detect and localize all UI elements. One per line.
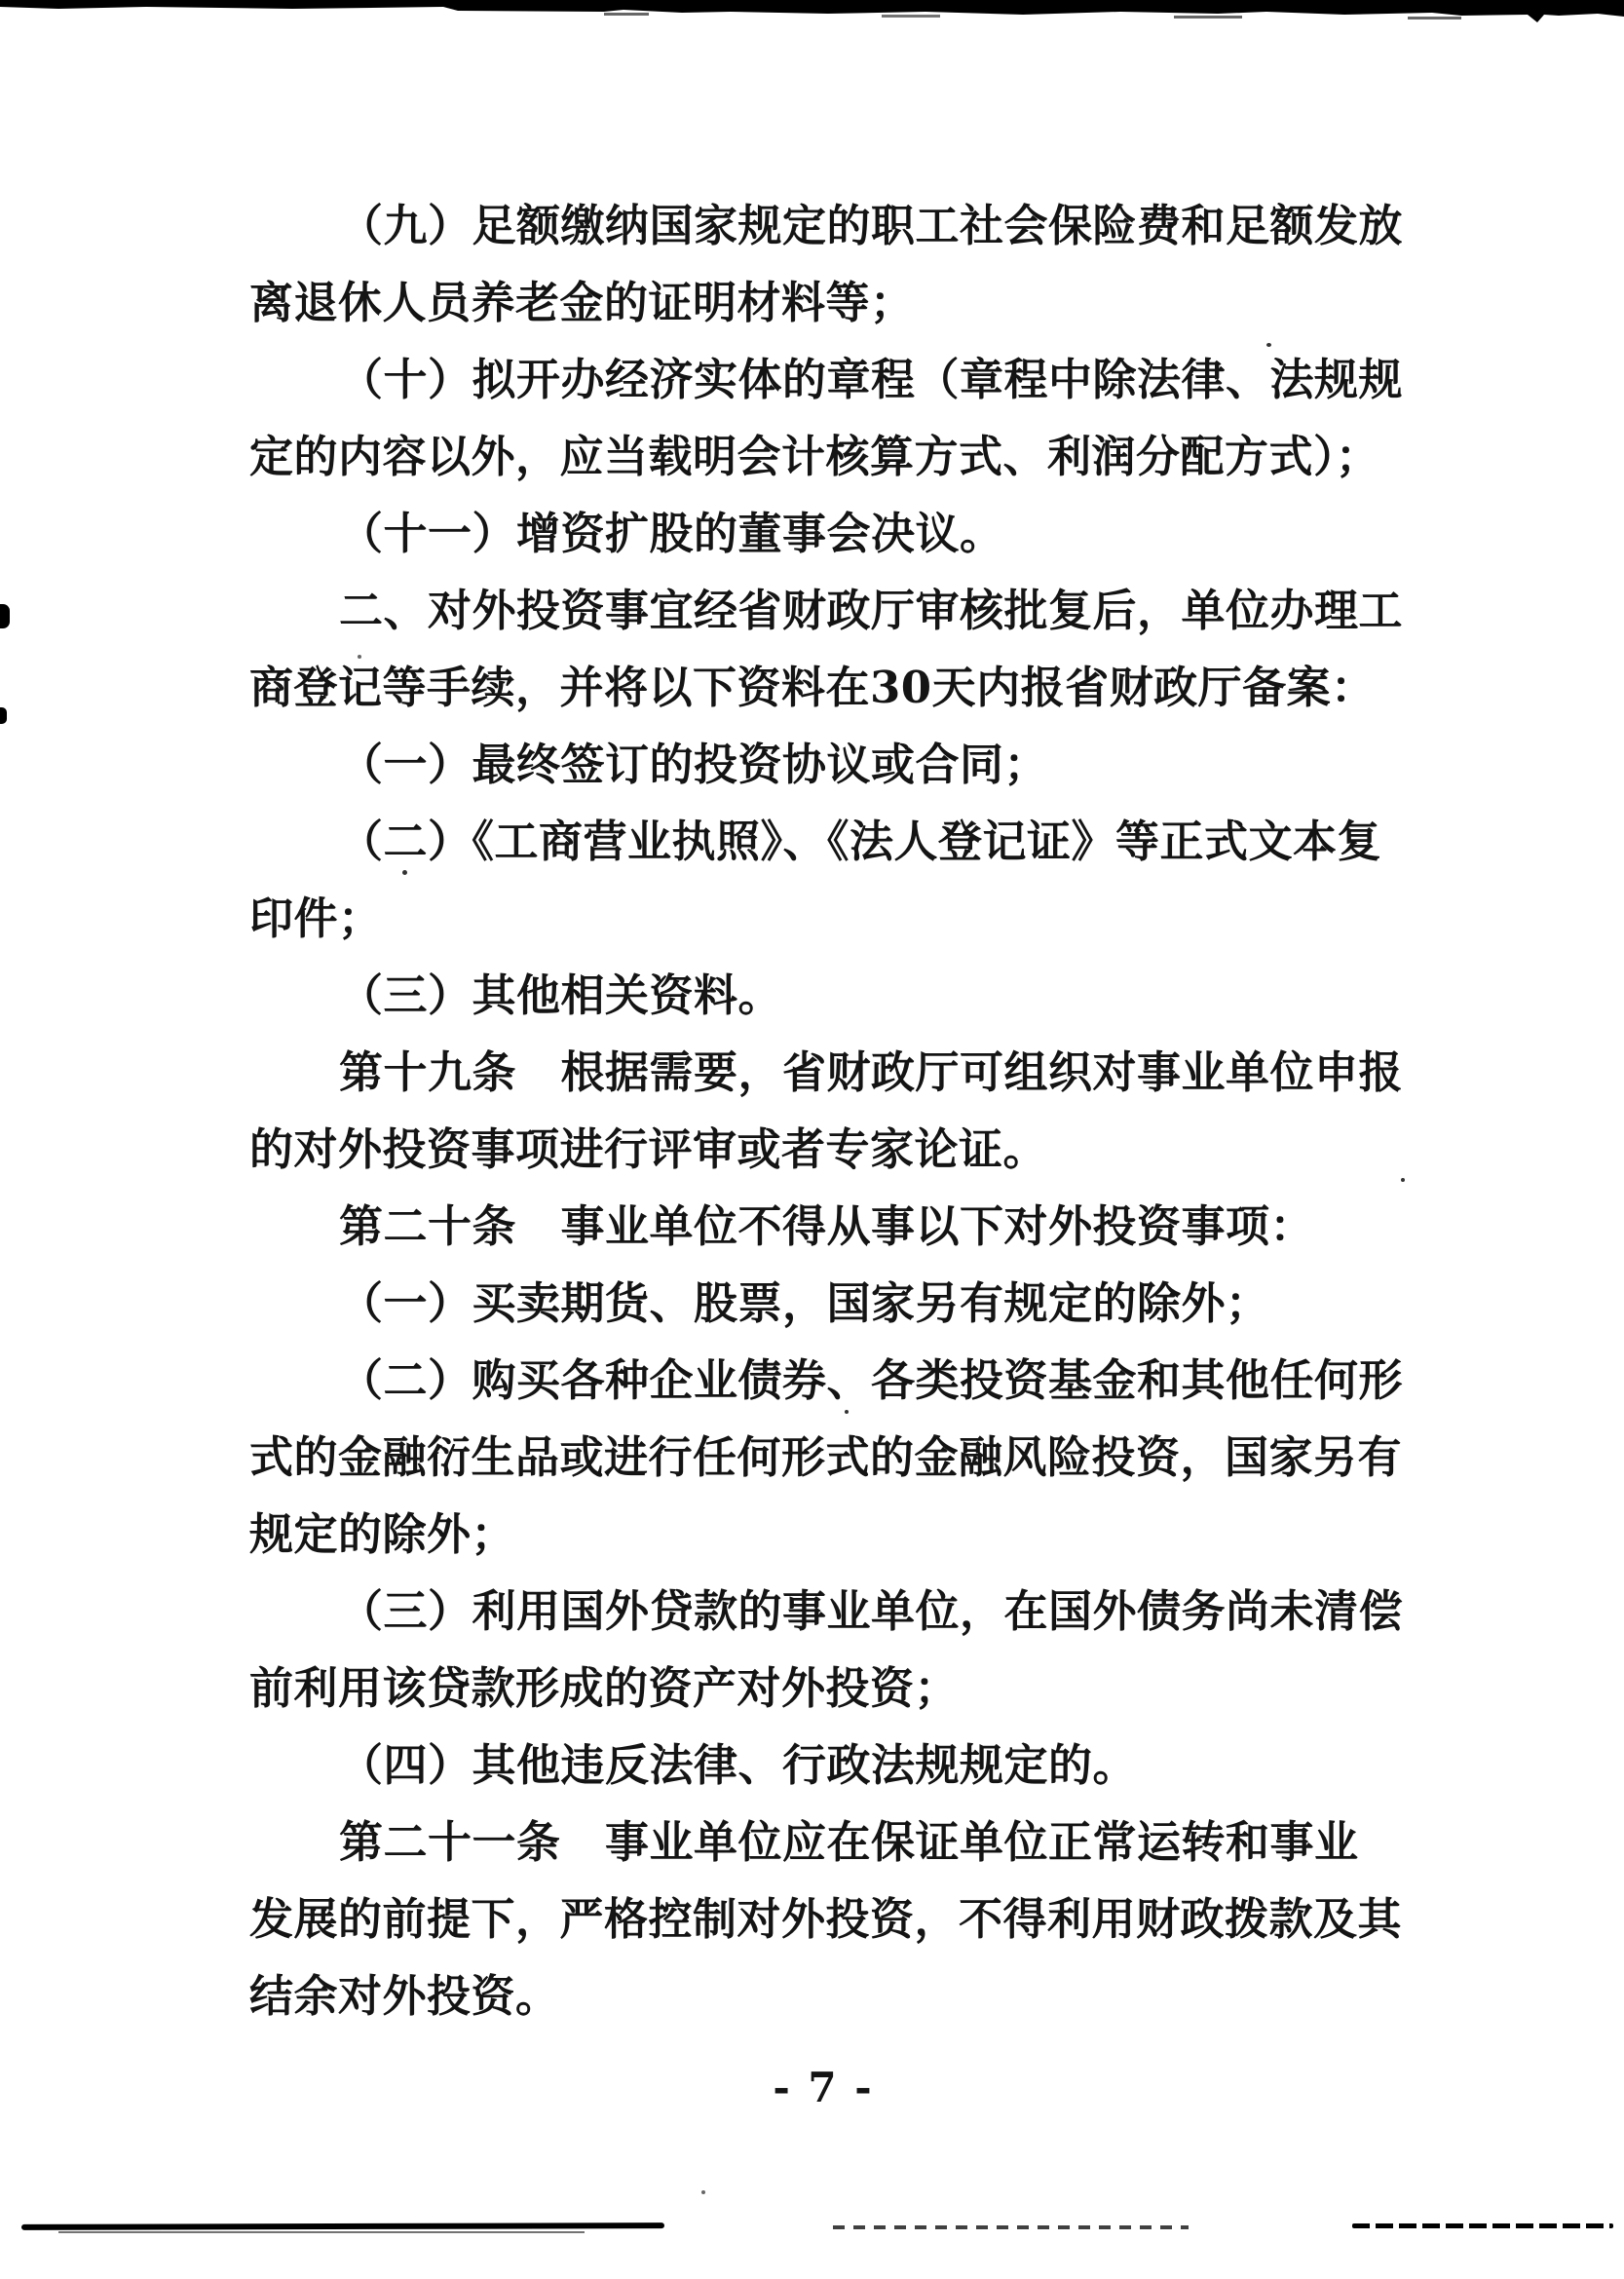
text-line: 发展的前提下，严格控制对外投资，不得利用财政拨款及其 — [249, 1880, 1409, 1957]
text-line: 式的金融衍生品或进行任何形式的金融风险投资，国家另有 — [249, 1419, 1409, 1496]
text-line: （十）拟开办经济实体的章程（章程中除法律、法规规 — [249, 341, 1409, 418]
page-number: - 7 - — [0, 2064, 1624, 2111]
text-line: 第二十条 事业单位不得从事以下对外投资事项： — [249, 1188, 1409, 1265]
text-line: 商登记等手续，并将以下资料在30天内报省财政厅备案： — [249, 649, 1409, 726]
scanned-document-page: （九）足额缴纳国家规定的职工社会保险费和足额发放离退休人员养老金的证明材料等；（… — [0, 0, 1624, 2279]
left-edge-mark — [0, 707, 7, 724]
text-line: 离退休人员养老金的证明材料等； — [249, 264, 1409, 341]
dust-speck — [1401, 1178, 1405, 1182]
text-line: （九）足额缴纳国家规定的职工社会保险费和足额发放 — [249, 187, 1409, 264]
bottom-scan-line-left — [21, 2222, 664, 2230]
text-line: （一）买卖期货、股票，国家另有规定的除外； — [249, 1265, 1409, 1342]
dust-speck — [1266, 343, 1271, 347]
dust-speck — [402, 870, 407, 875]
bottom-scan-line-right — [1352, 2223, 1613, 2228]
text-line: 的对外投资事项进行评审或者专家论证。 — [249, 1111, 1409, 1188]
bottom-scan-line-middle — [833, 2225, 1189, 2229]
text-line: （四）其他违反法律、行政法规规定的。 — [249, 1727, 1409, 1804]
bottom-scan-line-left-echo — [58, 2231, 585, 2233]
text-line: （三）其他相关资料。 — [249, 957, 1409, 1034]
text-line: （二）《工商营业执照》、《法人登记证》等正式文本复 — [249, 803, 1409, 880]
top-scan-edge-artifact — [0, 0, 1624, 27]
text-line: （一）最终签订的投资协议或合同； — [249, 726, 1409, 803]
text-block: （九）足额缴纳国家规定的职工社会保险费和足额发放离退休人员养老金的证明材料等；（… — [249, 187, 1409, 2034]
text-line: （二）购买各种企业债券、各类投资基金和其他任何形 — [249, 1342, 1409, 1419]
text-line: 前利用该贷款形成的资产对外投资； — [249, 1650, 1409, 1727]
text-line: （十一）增资扩股的董事会决议。 — [249, 495, 1409, 572]
text-line: 第十九条 根据需要，省财政厅可组织对事业单位申报 — [249, 1034, 1409, 1111]
text-line: 二、对外投资事宜经省财政厅审核批复后，单位办理工 — [249, 572, 1409, 649]
text-line: 规定的除外； — [249, 1496, 1409, 1573]
text-line: 结余对外投资。 — [249, 1957, 1409, 2034]
dust-speck — [845, 1410, 849, 1414]
text-line: 定的内容以外，应当载明会计核算方式、利润分配方式）； — [249, 418, 1409, 495]
text-line: 第二十一条 事业单位应在保证单位正常运转和事业 — [249, 1804, 1409, 1880]
text-line: （三）利用国外贷款的事业单位，在国外债务尚未清偿 — [249, 1573, 1409, 1650]
dust-speck — [701, 2190, 705, 2194]
left-edge-mark — [0, 604, 10, 628]
text-line: 印件； — [249, 880, 1409, 957]
dust-speck — [358, 655, 361, 659]
